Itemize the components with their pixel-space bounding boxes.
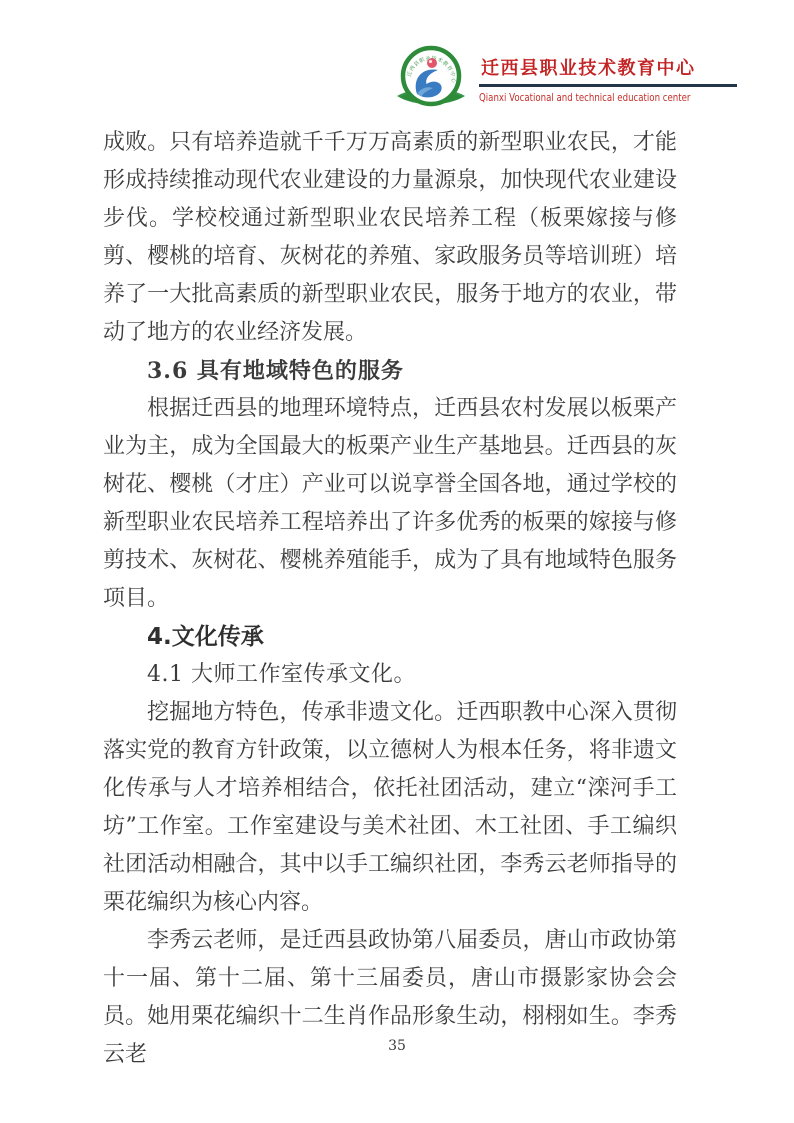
document-page: 迁西县职业技术教育中心 迁西县职业技术教育中心 Qianxi Vocationa…	[0, 0, 794, 1123]
paragraph: 根据迁西县的地理环境特点，迁西县农村发展以板栗产业为主，成为全国最大的板栗产业生…	[103, 390, 677, 618]
school-title-chinese: 迁西县职业技术教育中心	[479, 54, 737, 84]
document-body: 成败。只有培养造就千千万万高素质的新型职业农民，才能形成持续推动现代农业建设的力…	[103, 124, 677, 1074]
page-header: 迁西县职业技术教育中心 迁西县职业技术教育中心 Qianxi Vocationa…	[394, 44, 737, 114]
chapter-heading-4: 4.文化传承	[103, 618, 677, 656]
page-number: 35	[0, 1038, 794, 1054]
school-logo-icon: 迁西县职业技术教育中心	[394, 44, 468, 114]
school-title-english: Qianxi Vocational and technical educatio…	[479, 90, 690, 104]
paragraph-continued: 成败。只有培养造就千千万万高素质的新型职业农民，才能形成持续推动现代农业建设的力…	[103, 124, 677, 352]
paragraph: 挖掘地方特色，传承非遗文化。迁西职教中心深入贯彻落实党的教育方针政策，以立德树人…	[103, 694, 677, 922]
subheading-4-1: 4.1 大师工作室传承文化。	[103, 656, 677, 694]
header-titles: 迁西县职业技术教育中心 Qianxi Vocational and techni…	[479, 54, 737, 104]
header-divider	[479, 84, 737, 87]
section-heading-3-6: 3.6 具有地域特色的服务	[103, 352, 677, 390]
